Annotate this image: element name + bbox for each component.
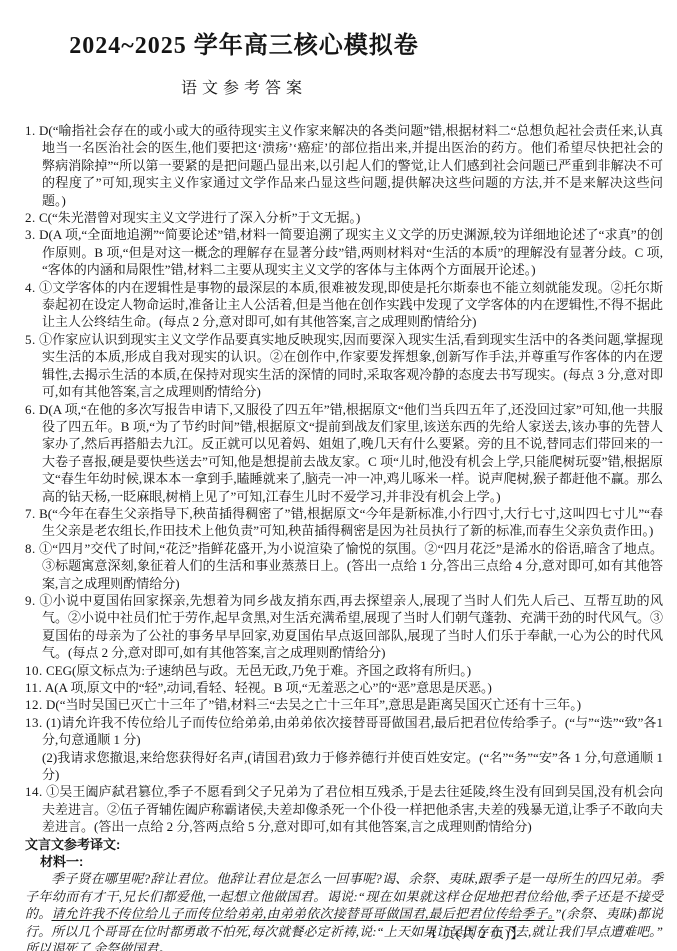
page-subtitle: 语文参考答案 (0, 75, 488, 98)
answer-item-14: 14. ①吴王阖庐弑君篡位,季子不愿看到父子兄弟为了君位相互残杀,于是去往延陵,… (25, 783, 663, 835)
material-one-label: 材料一: (25, 853, 663, 870)
answer-number: 7. (25, 506, 36, 521)
answer-number: 13. (25, 715, 43, 730)
answer-number: 12. (25, 697, 43, 712)
answer-item-4: 4. ①文学客体的内在逻辑性是事物的最深层的本质,很难被发现,即使是托尔斯泰也不… (25, 279, 663, 331)
answer-item-12: 12. D(“当时吴国已灭亡十三年了”错,材料三“去吴之亡十三年耳”,意思是距离… (25, 696, 663, 713)
answer-item-10: 10. CEG(原文标点为:子速纳邑与政。无邑无政,乃免于难。齐国之政将有所归。… (25, 662, 663, 679)
answer-number: 10. (25, 663, 43, 678)
answer-item-13: 13. (1)请允许我不传位给儿子而传位给弟弟,由弟弟依次接替哥哥做国君,最后把… (25, 714, 663, 749)
answer-item-5: 5. ①作家应认识到现实主义文学作品要真实地反映现实,因而要深入现实生活,看到现… (25, 331, 663, 401)
answer-number: 14. (25, 784, 43, 799)
answer-list: 1. D(“喻指社会存在的或小或大的亟待现实主义作家来解决的各类问题”错,根据材… (25, 122, 663, 836)
title-block: 2024~2025 学年高三核心模拟卷 语文参考答案 (0, 0, 488, 98)
answer-number: 1. (25, 123, 36, 138)
answer-item-13-part2: (2)我请求您撤退,来给您获得好名声,(请国君)致力于修养德行并使百姓安定。(“… (25, 749, 663, 784)
answer-number: 11. (25, 680, 42, 695)
answer-number: 4. (25, 280, 36, 295)
page-title: 2024~2025 学年高三核心模拟卷 (0, 25, 488, 60)
answer-item-9: 9. ①小说中夏国佑回家探亲,先想着为同乡战友捎东西,再去探望亲人,展现了当时人… (25, 592, 663, 662)
answer-item-3: 3. D(A 项,“全面地追溯”“简要论述”错,材料一简要追溯了现实主义文学的历… (25, 226, 663, 278)
translation-paragraph: 季子贤在哪里呢?辞让君位。他辞让君位是怎么一回事呢?谒、余祭、夷昧,跟季子是一母… (25, 870, 663, 951)
answer-item-1: 1. D(“喻指社会存在的或小或大的亟待现实主义作家来解决的各类问题”错,根据材… (25, 122, 663, 209)
answer-item-11: 11. A(A 项,原文中的“轻”,动词,看轻、轻视。B 项,“无羞恶之心”的“… (25, 679, 663, 696)
translation-underlined-sentence: 请允许我不传位给儿子而传位给弟弟,由弟弟依次接替哥哥做国君,最后把君位传给季子。 (51, 906, 554, 921)
answer-number: 3. (25, 227, 36, 242)
translation-heading: 文言文参考译文: (25, 836, 663, 853)
answer-sheet-page: 2024~2025 学年高三核心模拟卷 语文参考答案 1. D(“喻指社会存在的… (0, 0, 677, 951)
answer-number: 5. (25, 332, 36, 347)
answer-body: 1. D(“喻指社会存在的或小或大的亟待现实主义作家来解决的各类问题”错,根据材… (0, 122, 677, 951)
answer-item-6: 6. D(A 项,“在他的多次写报告申请下,又服役了四五年”错,根据原文“他们当… (25, 401, 663, 505)
page-number: 1 页(共 2 页)】 (430, 923, 524, 942)
answer-number: 8. (25, 541, 36, 556)
answer-number: 9. (25, 593, 36, 608)
answer-number: 6. (25, 402, 36, 417)
answer-item-8: 8. ①“四月”交代了时间,“花泛”指鲜花盛开,为小说渲染了愉悦的氛围。②“四月… (25, 540, 663, 592)
answer-number: 2. (25, 210, 36, 225)
answer-item-7: 7. B(“今年在春生父亲指导下,秧苗插得稠密了”错,根据原文“今年是新标准,小… (25, 505, 663, 540)
answer-item-2: 2. C(“朱光潜曾对现实主义文学进行了深入分析”于文无据。) (25, 209, 663, 226)
